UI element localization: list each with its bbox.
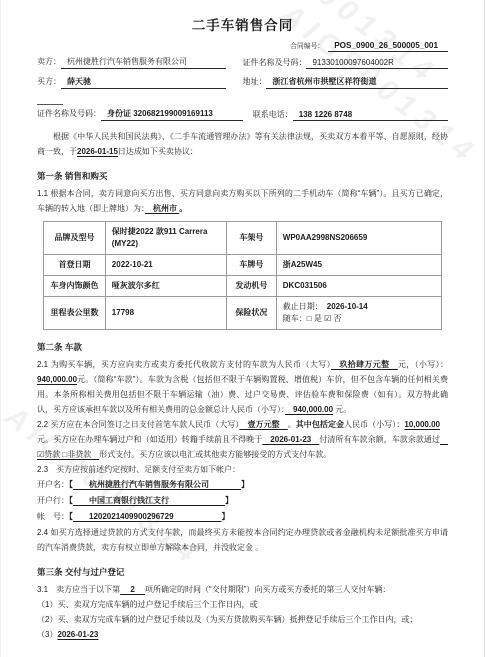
account-name-line: 开户名：【 杭州捷胜行汽车销售服务有限公司 】 (37, 477, 448, 493)
cell-insurance-label: 保险状况 (227, 297, 277, 330)
text-segment: 车牌号 (239, 260, 263, 269)
cell-plate-value: 浙A25W45 (276, 255, 441, 276)
clause-2-1: 2.1 为购买车辆，买方应向卖方或卖方委托代收款方支付的车款为人民币（大写） 玖… (37, 357, 448, 417)
text-segment: 玖拾肆万元整 (331, 360, 398, 369)
text-segment: 车身内饰颜色 (50, 281, 98, 290)
text-segment: 人民币（小写）： (344, 420, 404, 429)
cell-firstreg-value: 2022-10-21 (105, 255, 226, 276)
seller-cert-label: 证件名称及号码： (242, 57, 306, 69)
section3-heading: 第三条 交付与过户登记 (37, 566, 448, 578)
text-segment: 3.1 卖方应当于以下第 (37, 585, 120, 594)
cell-line: 车架号 (233, 232, 270, 244)
section2-heading: 第二条 车款 (37, 341, 448, 353)
text-segment: 940,000.00 (285, 405, 333, 414)
text-segment: 17798 (112, 308, 134, 317)
delivery-option-3: （3）2026-01-23 (37, 627, 448, 642)
cell-line: 首登日期 (50, 259, 99, 271)
text-segment: 随车：□ 是 (283, 314, 324, 323)
account-bank-line: 开户行：【 中国工商银行钱江支行 】 (37, 493, 448, 509)
cell-line: 17798 (112, 307, 220, 319)
text-segment: 2 (120, 585, 145, 594)
seller-value: 杭州捷胜行汽车销售服务有限公司 (61, 56, 226, 69)
clause-2-3: 2.3 买方应按前述约定按时、足额支付至卖方如下帐户： (37, 462, 448, 477)
cell-firstreg-label: 首登日期 (44, 255, 106, 276)
cell-insurance-value: 截止日期： 2026-10-14随车：□ 是 ☑ 否 (276, 297, 441, 330)
party-row-2: 买方： 薛天驰 地址： 浙江省杭州市拱墅区祥符街道 (37, 76, 448, 89)
cell-engine-value: DKC031506 (276, 276, 441, 297)
text-segment: 杭州捷胜行汽车销售服务有限公司 (73, 480, 241, 489)
text-segment: 日达成如下买卖协议： (118, 147, 198, 156)
cell-line: 截止日期： 2026-10-14 (283, 301, 435, 313)
cell-line: 浙A25W45 (283, 259, 435, 271)
cell-odometer-value: 17798 (105, 297, 226, 330)
table-row: 车身内饰颜色哑灰波尔多红发动机号DKC031506 (44, 276, 442, 297)
cell-line: 2022-10-21 (112, 259, 220, 271)
text-segment: 元，（小写）： (398, 360, 448, 369)
text-segment: 帐 号： (37, 512, 69, 521)
text-segment: 。 (288, 420, 296, 429)
text-segment: 车架号 (239, 233, 263, 242)
cell-line: WP0AA2998NS206659 (283, 232, 435, 244)
text-segment: （3） (37, 630, 57, 639)
buyer-label: 买方： (37, 76, 61, 88)
text-segment: DKC031506 (283, 281, 327, 290)
cell-plate-label: 车牌号 (227, 255, 277, 276)
text-segment: 项所确定的时间（“交付期限”）向买方或买方委托的第三人交付车辆： (145, 585, 390, 594)
text-segment: 。 (179, 204, 187, 213)
vehicle-table: 品牌及型号保时捷2022 款911 Carrera (MY22)车架号WP0AA… (43, 221, 442, 330)
account-number-line: 帐 号：【 1202021409900296729 】 (37, 509, 448, 525)
text-segment: 浙A25W45 (283, 260, 322, 269)
phone-label: 联系电话： (253, 109, 293, 121)
text-segment: 元。（简称“车款”）。车款为含税（包括但不限于车辆购置税、增值税）车价，但不包含… (37, 375, 448, 414)
text-segment: 2.2 买方应在本合同签订之日支付首笔车款人民币（大写） (37, 420, 239, 429)
text-segment: 否 (331, 314, 341, 323)
text-segment: 2022-10-21 (112, 260, 153, 269)
text-segment: 1202021409900296729 (73, 512, 222, 521)
text-segment: 】 (225, 496, 233, 505)
seller-field: 卖方： 杭州捷胜行汽车销售服务有限公司 (37, 56, 226, 69)
buyer-cert-value: 身份证 320682199009169113 (101, 108, 243, 121)
address-label: 地址： (242, 76, 266, 88)
text-segment: 哑灰波尔多红 (112, 281, 160, 290)
clause-3-1: 3.1 卖方应当于以下第 2 项所确定的时间（“交付期限”）向买方或买方委托的第… (37, 582, 448, 597)
text-segment: 杭州市 (145, 204, 179, 213)
buyer-cert-label: 证件名称及号码： (37, 108, 101, 120)
text-segment: 首登日期 (58, 260, 90, 269)
text-segment: 付清所有车款余额，车款余款通过 (319, 435, 440, 444)
seller-label: 卖方： (37, 56, 61, 68)
clause-2-2: 2.2 买方应在本合同签订之日支付首笔车款人民币（大写） 壹万元整 。其中包括定… (37, 417, 448, 462)
text-segment: 10,000.00 (404, 420, 440, 429)
intro-paragraph: 根据《中华人民共和国民法典》、《二手车流通管理办法》等有关法律法规，买卖双方本着… (37, 129, 448, 159)
blank-underline (37, 96, 63, 105)
text-segment: 1.1 根据本合同，卖方同意向买方出售、买方同意向卖方购买以下所列的二手机动车（… (37, 189, 448, 213)
address-value: 浙江省杭州市拱墅区祥符街道 (266, 76, 448, 89)
text-segment: 保险状况 (235, 308, 267, 317)
text-segment: 保时捷2022 款911 Carrera (MY22) (112, 227, 208, 248)
cell-color-label: 车身内饰颜色 (44, 276, 106, 297)
party-row-3: 证件名称及号码： 身份证 320682199009169113 联系电话： 13… (37, 108, 448, 121)
text-segment: 】 (222, 512, 230, 521)
text-segment: 2.1 为购买车辆，买方应向卖方或卖方委托代收款方支付的车款为人民币（大写） (37, 360, 331, 369)
cell-line: DKC031506 (283, 280, 435, 292)
clause-1-1: 1.1 根据本合同，卖方同意向买方出售、买方同意向卖方购买以下所列的二手机动车（… (37, 186, 448, 216)
contract-number-value: POS_0900_26_500005_001 (328, 41, 448, 52)
text-segment: 里程表公里数 (50, 308, 98, 317)
buyer-value: 薛天驰 (61, 76, 226, 89)
table-row: 品牌及型号保时捷2022 款911 Carrera (MY22)车架号WP0AA… (44, 222, 442, 255)
cell-line: 发动机号 (233, 280, 270, 292)
contract-number-label: 合同编号： (290, 40, 324, 50)
page-title: 二手车销售合同 (37, 14, 448, 34)
text-segment: WP0AA2998NS206659 (283, 233, 368, 242)
contract-page: AIG9001314 AIG9001314 AIG9001314 二手车销售合同… (0, 0, 485, 657)
text-segment: 940,000.00 (37, 375, 77, 384)
party-row-1: 卖方： 杭州捷胜行汽车销售服务有限公司 证件名称及号码： 91330100097… (37, 56, 448, 69)
text-segment: 中国工商银行钱江支行 (73, 496, 225, 505)
address-field: 地址： 浙江省杭州市拱墅区祥符街道 (242, 76, 448, 89)
cell-line: 哑灰波尔多红 (112, 280, 220, 292)
text-segment: 元。 (333, 405, 351, 414)
text-segment: 壹万元整 (239, 420, 287, 429)
delivery-option-1: （1）买、卖双方完成车辆的过户登记手续后三个工作日内，或 (37, 597, 448, 612)
clause-2-4: 2.4 如买方选择通过贷款的方式支付车款，而最终买方未能按本合同约定办理贷款或者… (37, 525, 448, 555)
buyer-cert-field: 证件名称及号码： 身份证 320682199009169113 (37, 108, 243, 121)
text-segment: 发动机号 (235, 281, 267, 290)
cell-line: 保险状况 (233, 307, 270, 319)
cell-line: 车牌号 (233, 259, 270, 271)
text-segment: 形式支付。买方应该以电汇或其他卖方能够接受的方式支付车款。 (99, 450, 331, 459)
text-segment: 2026-01-23 (57, 630, 98, 639)
section1-heading: 第一条 销售和购买 (37, 170, 448, 182)
text-segment: 2026-01-15 (77, 147, 118, 156)
text-segment: 其中包括定金 (296, 420, 344, 429)
cell-odometer-label: 里程表公里数 (44, 297, 106, 330)
contract-number-row: 合同编号： POS_0900_26_500005_001 (37, 40, 448, 52)
text-segment: 截止日期： (283, 302, 327, 311)
text-segment: 品牌及型号 (54, 233, 94, 242)
cell-engine-label: 发动机号 (227, 276, 277, 297)
phone-value: 138 1226 8748 (293, 110, 448, 121)
table-row: 首登日期2022-10-21车牌号浙A25W45 (44, 255, 442, 276)
text-segment: 2026-10-14 (327, 302, 368, 311)
seller-cert-value: 91330100097604002R (306, 58, 448, 69)
cell-line: 保时捷2022 款911 Carrera (MY22) (112, 226, 220, 250)
contract-content: 二手车销售合同 合同编号： POS_0900_26_500005_001 卖方：… (37, 14, 448, 642)
cell-line: 随车：□ 是 ☑ 否 (283, 313, 435, 325)
cell-line: 车身内饰颜色 (50, 280, 99, 292)
cell-color-value: 哑灰波尔多红 (105, 276, 226, 297)
phone-field: 联系电话： 138 1226 8748 (253, 109, 448, 121)
cell-brand-label: 品牌及型号 (44, 222, 106, 255)
text-segment: 】 (241, 480, 249, 489)
cell-vin-label: 车架号 (227, 222, 277, 255)
text-segment: 2026-01-23 (262, 435, 319, 444)
buyer-field: 买方： 薛天驰 (37, 76, 226, 89)
cell-brand-value: 保时捷2022 款911 Carrera (MY22) (105, 222, 226, 255)
text-segment: 开户名： (37, 480, 69, 489)
delivery-options: （1）买、卖双方完成车辆的过户登记手续后三个工作日内，或 （2）买、卖双方完成车… (37, 597, 448, 642)
seller-cert-field: 证件名称及号码： 91330100097604002R (242, 57, 448, 69)
delivery-option-2: （2）买、卖双方完成车辆的过户登记手续以及（为买方贷款购买车辆）抵押登记手续后三… (37, 612, 448, 627)
text-segment: 开户行： (37, 496, 69, 505)
cell-line: 品牌及型号 (50, 232, 99, 244)
cell-vin-value: WP0AA2998NS206659 (276, 222, 441, 255)
table-row: 里程表公里数17798保险状况截止日期： 2026-10-14随车：□ 是 ☑ … (44, 297, 442, 330)
cell-line: 里程表公里数 (50, 307, 99, 319)
